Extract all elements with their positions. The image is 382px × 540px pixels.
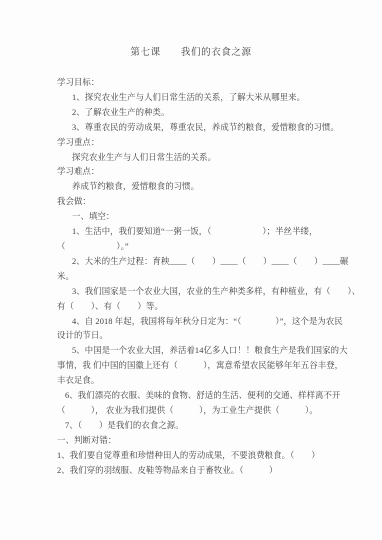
key-points-body: 探究农业生产与人们日常生活的关系。: [57, 151, 357, 166]
worksheet-page: 第七课 我们的衣食之源 学习目标： 1、探究农业生产与人们日常生活的关系，了解大…: [0, 0, 382, 540]
fill-in-line: 事情，我 们中国的国徽上还有（ ），寓意希望农民能够年年五谷丰登，: [57, 359, 357, 374]
fill-in-line: 2、大米的生产过程：育秧____（ ）____（ ）____（ ）____碾: [57, 255, 357, 270]
fill-in-line: 丰衣足食。: [57, 374, 357, 389]
heading-key-points: 学习重点：: [57, 136, 357, 151]
heading-judge: 一、判断对错：: [57, 434, 357, 449]
heading-fill-in: 一、填空：: [57, 210, 357, 225]
heading-difficult-points: 学习难点：: [57, 165, 357, 180]
fill-in-line: （ ）。”: [57, 240, 357, 255]
heading-learning-goals: 学习目标：: [57, 76, 357, 91]
fill-in-line: 4、自 2018 年起，我国将每年秋分日定为：“（ ）”，这个是为农民: [57, 315, 357, 330]
heading-i-can-do: 我会做：: [57, 195, 357, 210]
fill-in-line: 设计的节日。: [57, 329, 357, 344]
fill-in-line: 有（ ）、有（ ）等。: [57, 300, 357, 315]
worksheet-body: 学习目标： 1、探究农业生产与人们日常生活的关系，了解大米从哪里来。 2、了解农…: [57, 76, 357, 478]
fill-in-line: 5、中国是一个农业大国，养活着14亿多人口！！粮食生产是我们国家的大: [57, 344, 357, 359]
fill-in-line: 7、（ ）是我们的衣食之源。: [57, 419, 357, 434]
fill-in-line: （ ）， 农业为我们提供（ ），为工业生产提供（ ）。: [57, 404, 357, 419]
fill-in-line: 3、我们国家是一个农业大国，农业的生产种类多样，有种植业，有（ ）、: [57, 285, 357, 300]
fill-in-line: 米。: [57, 270, 357, 285]
judge-item: 2、我们穿的羽绒服、皮鞋等物品来自于畜牧业。（ ）: [57, 464, 357, 479]
judge-item: 1、我们要自觉尊重和珍惜种田人的劳动成果，不要浪费粮食。（ ）: [57, 449, 357, 464]
difficult-points-body: 养成节约粮食，爱惜粮食的习惯。: [57, 180, 357, 195]
learning-goal-item: 3、尊重农民的劳动成果，尊重农民，养成节约粮食，爱惜粮食的习惯。: [57, 121, 357, 136]
fill-in-line: 6、我们漂亮的衣服、美味的食物、舒适的生活、便利的交通、样样离不开: [57, 389, 357, 404]
fill-in-line: 1、生活中，我们要知道“一粥一饭，（ ）；半丝半缕，: [57, 225, 357, 240]
learning-goal-item: 2、了解农业生产的种类。: [57, 106, 357, 121]
learning-goal-item: 1、探究农业生产与人们日常生活的关系，了解大米从哪里来。: [57, 91, 357, 106]
lesson-title: 第七课 我们的衣食之源: [0, 44, 382, 58]
